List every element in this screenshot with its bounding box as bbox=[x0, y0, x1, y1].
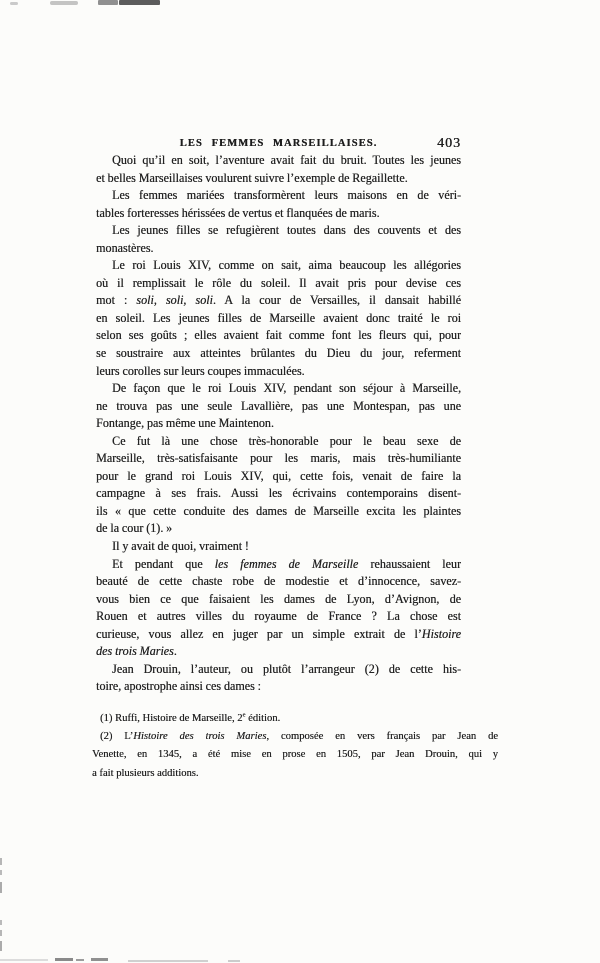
text-line: ils « que cette conduite des dames de Ma… bbox=[96, 503, 461, 521]
text-line: (2) L’Histoire des trois Maries, composé… bbox=[92, 728, 498, 746]
text-line: tables forteresses hérissées de vertus e… bbox=[96, 205, 461, 223]
text-line: pour le grand roi Louis XIV, qui, cette … bbox=[96, 468, 461, 486]
text-line: mot : soli, soli, soli. A la cour de Ver… bbox=[96, 292, 461, 310]
text-line: De façon que le roi Louis XIV, pendant s… bbox=[96, 380, 461, 398]
text-line: Et pendant que les femmes de Marseille r… bbox=[96, 556, 461, 574]
text-line: Fontange, pas même une Maintenon. bbox=[96, 415, 461, 433]
text-line: curieuse, vous allez en juger par un sim… bbox=[96, 626, 461, 644]
scan-artifact-bottom bbox=[91, 958, 108, 961]
text-line: leurs corolles sur leurs coupes immaculé… bbox=[96, 363, 461, 381]
text-line: où il remplissait le rôle du soleil. Il … bbox=[96, 275, 461, 293]
text-line: beauté de cette chaste robe de modestie … bbox=[96, 573, 461, 591]
text-line: campagne à ses frais. Aussi les écrivain… bbox=[96, 485, 461, 503]
scan-artifact-left-edge bbox=[0, 920, 2, 925]
scan-artifact-bottom bbox=[76, 959, 84, 961]
scan-artifact-top bbox=[119, 0, 160, 5]
text-line: Les jeunes filles se refugièrent toutes … bbox=[96, 222, 461, 240]
scan-artifact-top bbox=[98, 0, 118, 5]
text-line: Quoi qu’il en soit, l’aventure avait fai… bbox=[96, 152, 461, 170]
page-number: 403 bbox=[437, 136, 461, 152]
text-line: Jean Drouin, l’auteur, ou plutôt l’arran… bbox=[96, 661, 461, 679]
text-line: (1) Ruffi, Histoire de Marseille, 2e édi… bbox=[92, 710, 498, 728]
running-header-title: LES FEMMES MARSEILLAISES. bbox=[96, 138, 461, 149]
scan-artifact-top bbox=[50, 1, 78, 5]
text-line: monastères. bbox=[96, 240, 461, 258]
book-page-scan: LES FEMMES MARSEILLAISES. 403 Quoi qu’il… bbox=[0, 0, 600, 963]
scan-artifact-left-edge bbox=[0, 858, 2, 865]
scan-artifact-left-edge bbox=[0, 941, 2, 951]
text-line: vous bien ce que faisaient les dames de … bbox=[96, 591, 461, 609]
text-line: Ce fut là une chose très-honorable pour … bbox=[96, 433, 461, 451]
text-line: Le roi Louis XIV, comme on sait, aima be… bbox=[96, 257, 461, 275]
scan-artifact-bottom bbox=[55, 958, 73, 961]
scan-artifact-bottom bbox=[0, 959, 48, 961]
scan-artifact-bottom bbox=[228, 960, 240, 962]
scan-artifact-left-edge bbox=[0, 870, 2, 875]
text-line: se soustraire aux atteintes brûlantes du… bbox=[96, 345, 461, 363]
footnotes: (1) Ruffi, Histoire de Marseille, 2e édi… bbox=[92, 710, 498, 783]
text-line: de la cour (1). » bbox=[96, 520, 461, 538]
scan-artifact-left-edge bbox=[0, 882, 2, 893]
text-line: ne trouva pas une seule Lavallière, pas … bbox=[96, 398, 461, 416]
text-line: a fait plusieurs additions. bbox=[92, 765, 498, 783]
text-line: et belles Marseillaises voulurent suivre… bbox=[96, 170, 461, 188]
scan-artifact-bottom bbox=[128, 960, 208, 962]
text-line: toire, apostrophe ainsi ces dames : bbox=[96, 678, 461, 696]
text-line: Marseille, très-satisfaisante pour les m… bbox=[96, 450, 461, 468]
page-body-text: Quoi qu’il en soit, l’aventure avait fai… bbox=[96, 152, 461, 696]
text-line: Rouen et autres villes du royaume de Fra… bbox=[96, 608, 461, 626]
text-line: des trois Maries. bbox=[96, 643, 461, 661]
text-line: selon ses goûts ; elles avaient fait com… bbox=[96, 327, 461, 345]
text-line: en soleil. Les jeunes filles de Marseill… bbox=[96, 310, 461, 328]
scan-artifact-left-edge bbox=[0, 930, 2, 936]
text-line: Il y avait de quoi, vraiment ! bbox=[96, 538, 461, 556]
text-line: Les femmes mariées transformèrent leurs … bbox=[96, 187, 461, 205]
scan-artifact-top bbox=[10, 2, 18, 5]
text-line: Venette, en 1345, a été mise en prose en… bbox=[92, 746, 498, 764]
